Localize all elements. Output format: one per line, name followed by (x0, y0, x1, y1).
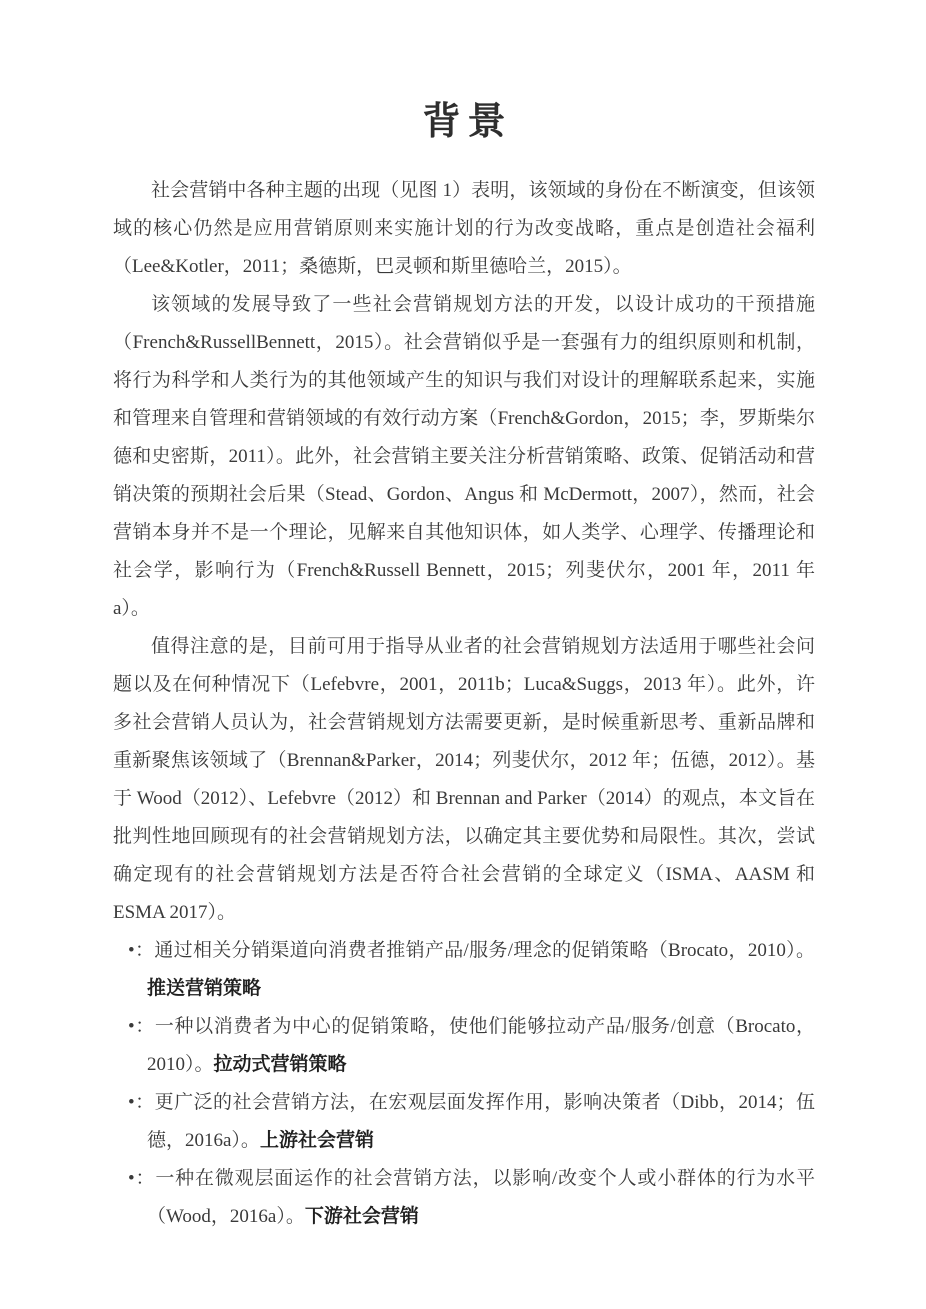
paragraph-2: 该领域的发展导致了一些社会营销规划方法的开发，以设计成功的干预措施（French… (113, 286, 815, 628)
bullet-text: 更广泛的社会营销方法，在宏观层面发挥作用，影响决策者（Dibb，2014；伍德，… (147, 1092, 815, 1151)
bullet-text: 一种在微观层面运作的社会营销方法，以影响/改变个人或小群体的行为水平（Wood，… (147, 1168, 815, 1227)
list-item-upstream: •：更广泛的社会营销方法，在宏观层面发挥作用，影响决策者（Dibb，2014；伍… (113, 1084, 815, 1160)
paragraph-1: 社会营销中各种主题的出现（见图 1）表明，该领域的身份在不断演变，但该领域的核心… (113, 172, 815, 286)
page-title: 背景 (113, 96, 815, 148)
bullet-term: 下游社会营销 (305, 1206, 419, 1227)
bullet-list: •：通过相关分销渠道向消费者推销产品/服务/理念的促销策略（Brocato，20… (113, 932, 815, 1236)
bullet-term: 拉动式营销策略 (214, 1054, 347, 1075)
bullet-term: 上游社会营销 (260, 1130, 374, 1151)
paragraph-3: 值得注意的是，目前可用于指导从业者的社会营销规划方法适用于哪些社会问题以及在何种… (113, 628, 815, 932)
bullet-marker: •： (128, 1168, 155, 1189)
list-item-push-strategy: •：通过相关分销渠道向消费者推销产品/服务/理念的促销策略（Brocato，20… (113, 932, 815, 1008)
bullet-marker: •： (128, 1016, 155, 1037)
bullet-marker: •： (128, 1092, 155, 1113)
bullet-term: 推送营销策略 (147, 978, 261, 999)
list-item-downstream: •：一种在微观层面运作的社会营销方法，以影响/改变个人或小群体的行为水平（Woo… (113, 1160, 815, 1236)
bullet-marker: •： (128, 940, 154, 961)
bullet-text: 通过相关分销渠道向消费者推销产品/服务/理念的促销策略（Brocato，2010… (154, 940, 815, 961)
list-item-pull-strategy: •：一种以消费者为中心的促销策略，使他们能够拉动产品/服务/创意（Brocato… (113, 1008, 815, 1084)
document-page: 背景 社会营销中各种主题的出现（见图 1）表明，该领域的身份在不断演变，但该领域… (0, 0, 926, 1309)
